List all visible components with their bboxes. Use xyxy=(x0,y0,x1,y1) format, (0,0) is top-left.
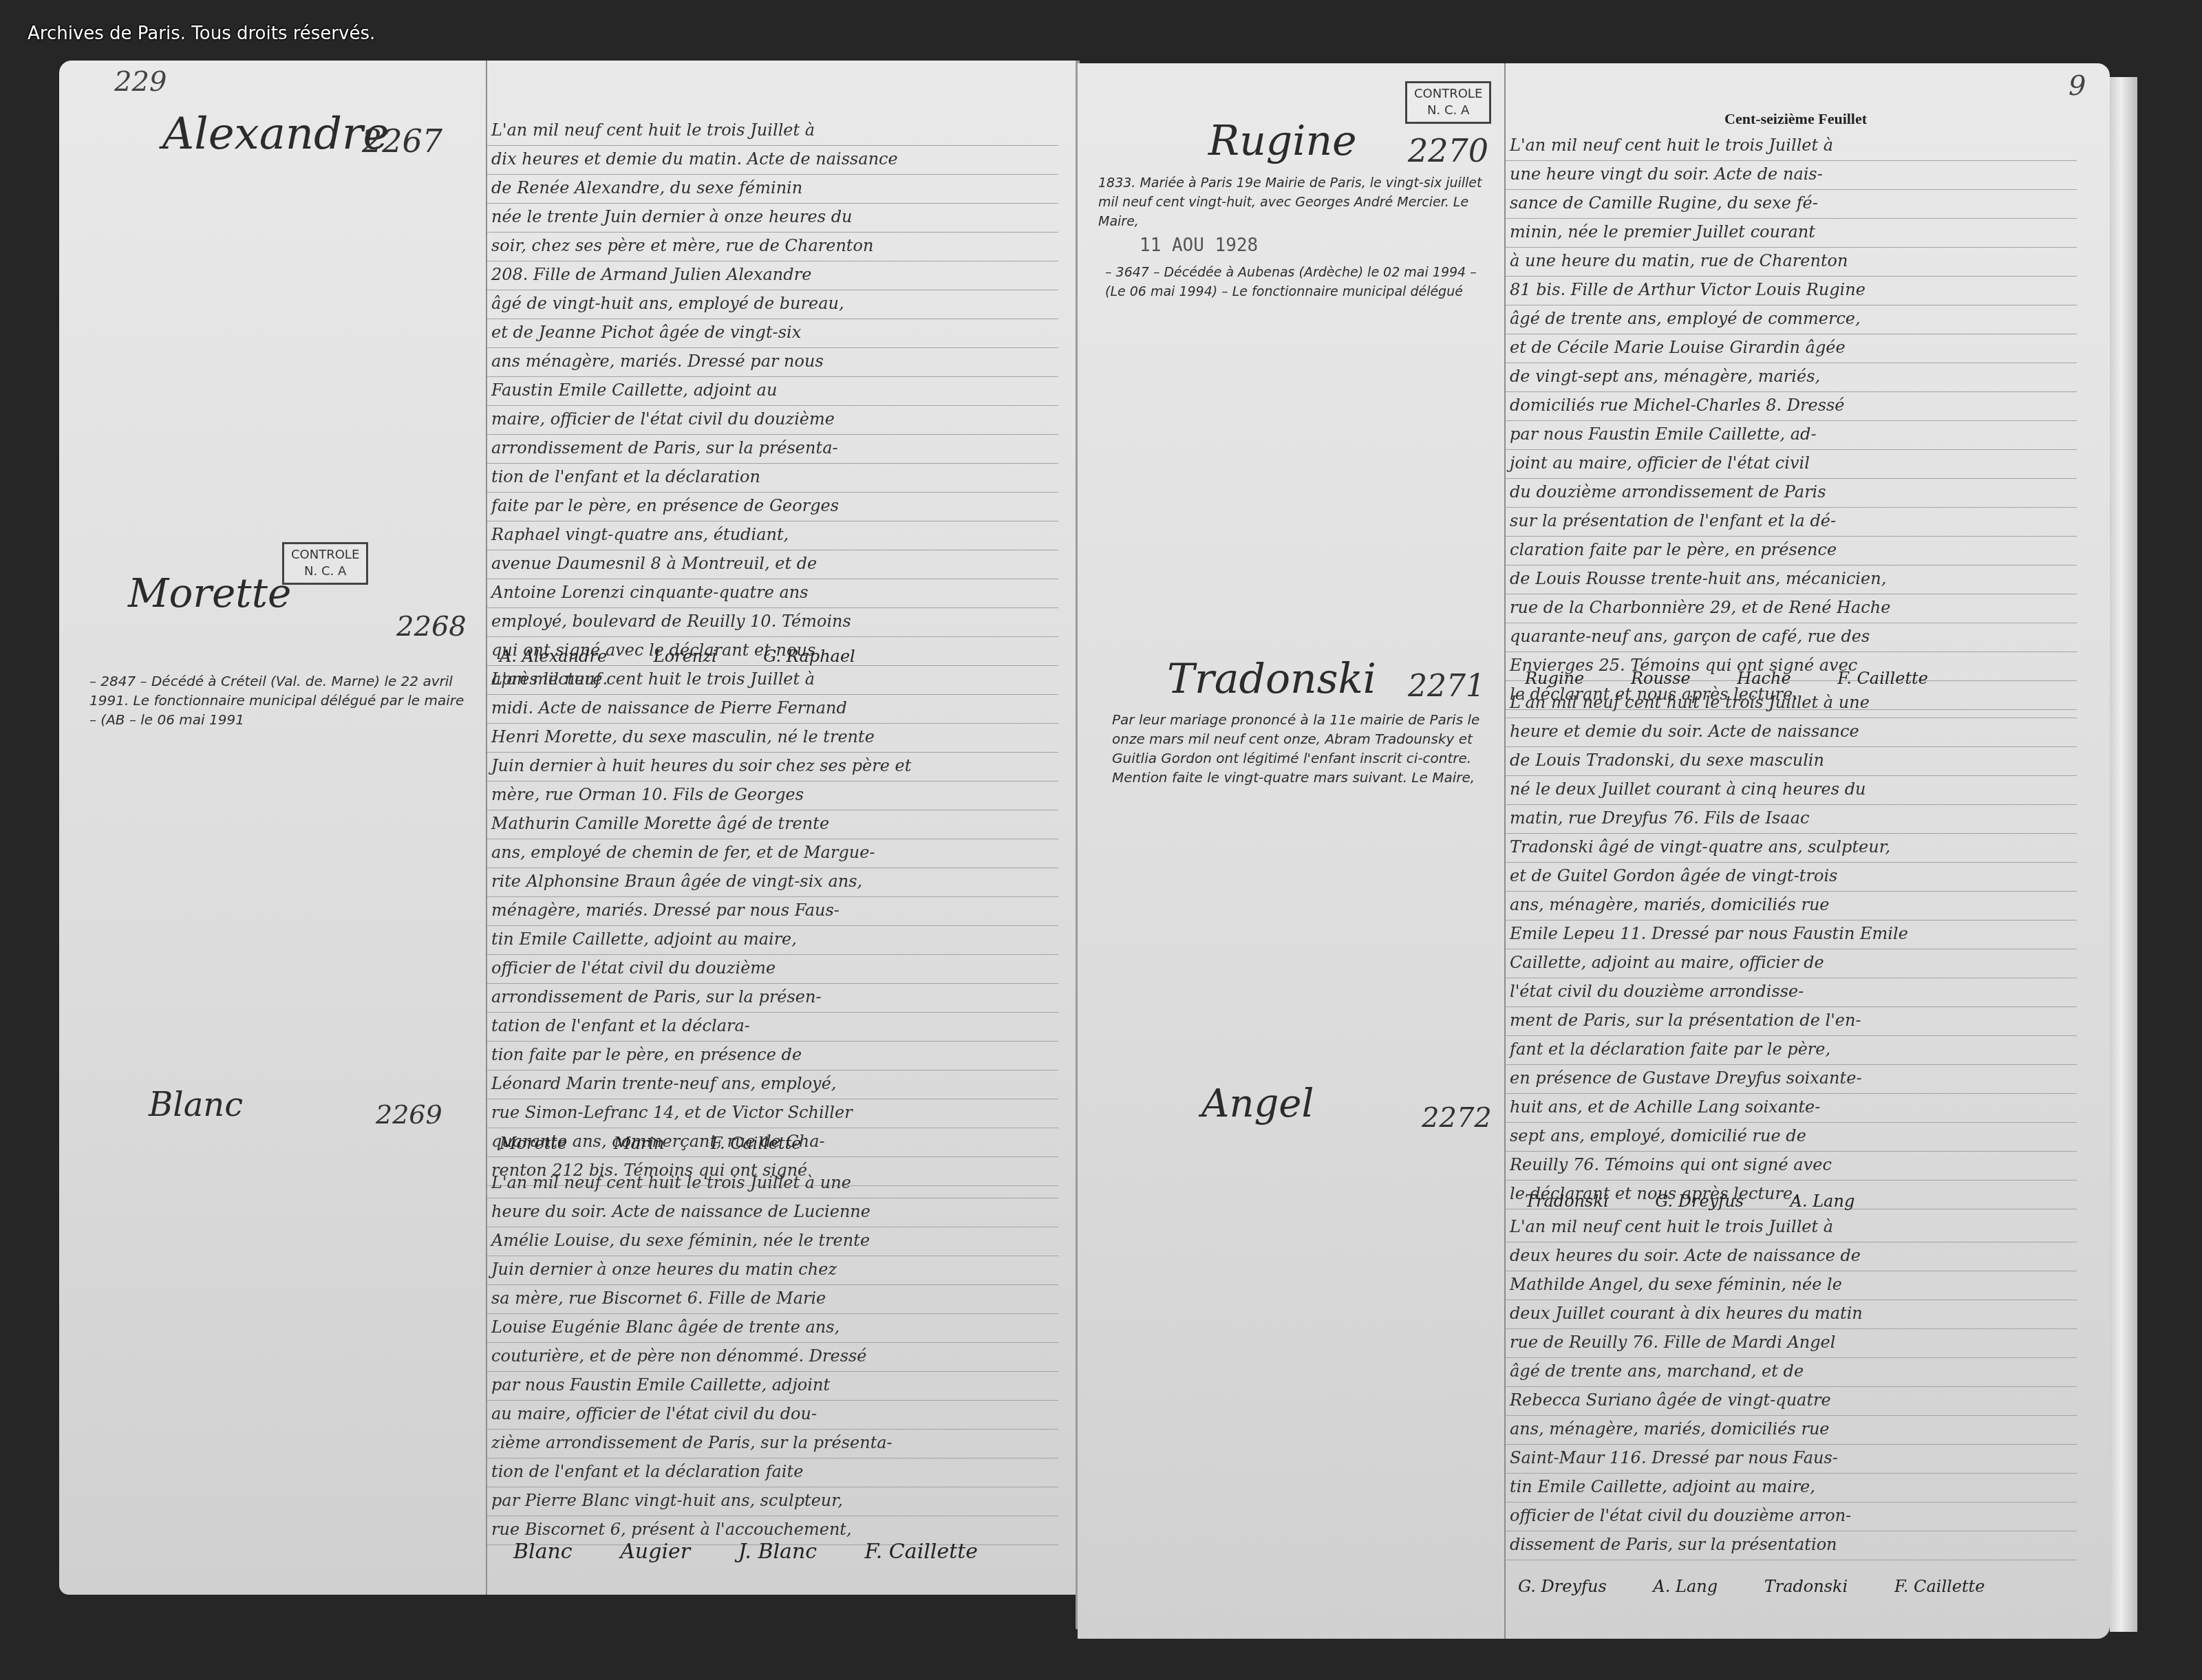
signatures-rugine: Rugine Rousse Hache F. Caillette xyxy=(1525,669,1969,688)
entry-name-angel: Angel xyxy=(1201,1081,1314,1126)
signatures-blanc: Blanc Augier J. Blanc F. Caillette xyxy=(513,1540,1019,1564)
controle-stamp: CONTROLE N. C. A xyxy=(1405,81,1491,124)
act-blanc: L'an mil neuf cent huit le trois Juillet… xyxy=(487,1170,1058,1545)
signatures-tradonski: Tradonski G. Dreyfus A. Lang xyxy=(1525,1192,1896,1211)
right-page: 9 Cent-seizième Feuillet CONTROLE N. C. … xyxy=(1078,63,2110,1639)
signatures-angel: G. Dreyfus A. Lang Tradonski F. Caillett… xyxy=(1518,1577,2026,1596)
entry-number: 2272 xyxy=(1422,1102,1492,1134)
folio-number: 9 xyxy=(2069,70,2086,102)
signatures-morette: Morette Marin F. Caillette xyxy=(500,1134,843,1153)
margin-death-note: – 3647 – Décédée à Aubenas (Ardèche) le … xyxy=(1105,263,1497,301)
act-rugine: L'an mil neuf cent huit le trois Juillet… xyxy=(1506,132,2077,710)
act-morette: L'an mil neuf cent huit le trois Juillet… xyxy=(487,666,1058,1186)
entry-name-rugine: Rugine xyxy=(1208,117,1357,165)
act-angel: L'an mil neuf cent huit le trois Juillet… xyxy=(1506,1214,2077,1560)
entry-name-morette: Morette xyxy=(128,570,291,616)
archive-watermark: Archives de Paris. Tous droits réservés. xyxy=(28,23,375,44)
margin-legitimation-note: Par leur mariage prononcé à la 11e mairi… xyxy=(1112,710,1497,787)
entry-number: 2269 xyxy=(376,1099,442,1130)
entry-number: 2267 xyxy=(362,122,442,160)
date-stamp: 11 AOU 1928 xyxy=(1140,235,1258,256)
entry-number: 2271 xyxy=(1408,669,1485,704)
left-page: 229 Alexandre 2267 CONTROLE N. C. A More… xyxy=(59,61,1078,1595)
entry-name-tradonski: Tradonski xyxy=(1167,655,1376,703)
feuillet-header: Cent-seizième Feuillet xyxy=(1724,110,1867,128)
margin-marriage-note: 1833. Mariée à Paris 19e Mairie de Paris… xyxy=(1098,173,1490,231)
entry-number: 2270 xyxy=(1408,132,1488,169)
act-tradonski: L'an mil neuf cent huit le trois Juillet… xyxy=(1506,689,2077,1209)
controle-stamp: CONTROLE N. C. A xyxy=(282,542,368,585)
page-edges xyxy=(2110,77,2137,1632)
margin-death-note: – 2847 – Décédé à Créteil (Val. de. Marn… xyxy=(89,671,475,729)
act-alexandre: L'an mil neuf cent huit le trois Juillet… xyxy=(487,117,1058,695)
signatures-alexandre: A. Alexandre Lorenzi G. Raphael xyxy=(500,647,897,666)
entry-number: 2268 xyxy=(396,611,467,643)
entry-name-alexandre: Alexandre xyxy=(162,109,389,160)
folio-number: 229 xyxy=(114,66,167,98)
entry-name-blanc: Blanc xyxy=(149,1086,243,1124)
